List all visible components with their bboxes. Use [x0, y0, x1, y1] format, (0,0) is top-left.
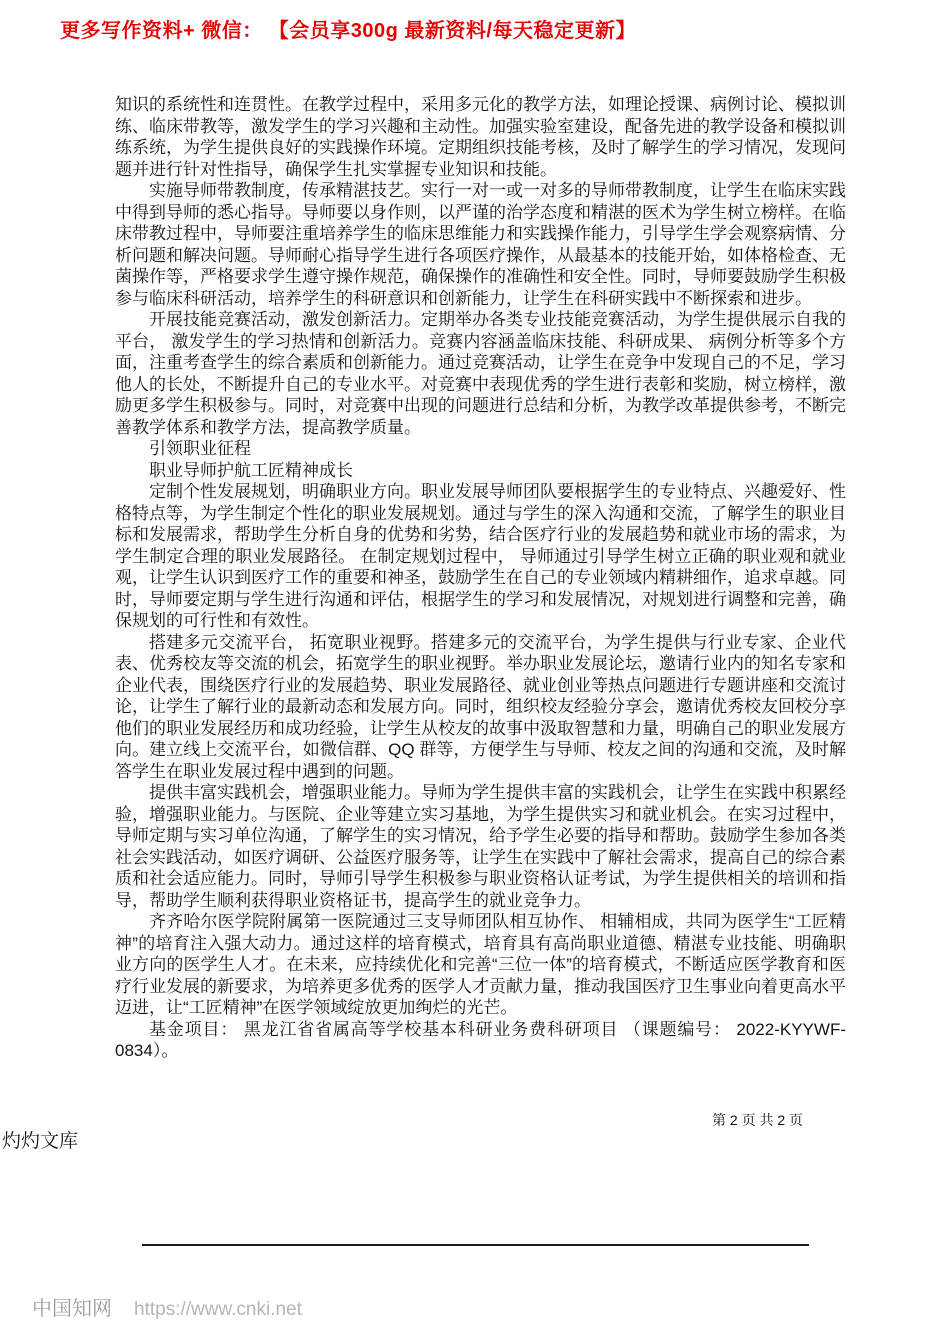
paragraph: 职业导师护航工匠精神成长	[115, 460, 846, 482]
paragraph: 定制个性发展规划，明确职业方向。职业发展导师团队要根据学生的专业特点、兴趣爱好、…	[115, 481, 846, 632]
document-body: 知识的系统性和连贯性。在教学过程中，采用多元化的教学方法，如理论授课、病例讨论、…	[115, 94, 846, 1062]
promo-header-text: 更多写作资料+ 微信： 【会员享300g 最新资料/每天稳定更新】	[60, 14, 636, 43]
paragraph: 基金项目： 黑龙江省省属高等学校基本科研业务费科研项目 （课题编号： 2022-…	[115, 1019, 846, 1062]
page-number: 第 2 页 共 2 页	[712, 1110, 803, 1130]
paragraph: 实施导师带教制度，传承精湛技艺。实行一对一或一对多的导师带教制度，让学生在临床实…	[115, 180, 846, 309]
library-name: 灼灼文库	[2, 1126, 78, 1153]
cnki-watermark: 中国知网 https://www.cnki.net	[32, 1292, 302, 1321]
paragraph: 引领职业征程	[115, 438, 846, 460]
paragraph: 齐齐哈尔医学院附属第一医院通过三支导师团队相互协作、 相辅相成，共同为医学生“工…	[115, 911, 846, 1019]
paragraph: 知识的系统性和连贯性。在教学过程中，采用多元化的教学方法，如理论授课、病例讨论、…	[115, 94, 846, 180]
cnki-site-url: https://www.cnki.net	[134, 1299, 302, 1321]
cnki-site-name: 中国知网	[32, 1292, 112, 1321]
paragraph: 开展技能竞赛活动，激发创新活力。定期举办各类专业技能竞赛活动，为学生提供展示自我…	[115, 309, 846, 438]
paragraph: 搭建多元交流平台， 拓宽职业视野。搭建多元的交流平台，为学生提供与行业专家、企业…	[115, 632, 846, 783]
footer-divider-line	[142, 1244, 809, 1246]
document-page: 更多写作资料+ 微信： 【会员享300g 最新资料/每天稳定更新】 知识的系统性…	[0, 0, 950, 1344]
paragraph: 提供丰富实践机会，增强职业能力。导师为学生提供丰富的实践机会，让学生在实践中积累…	[115, 782, 846, 911]
